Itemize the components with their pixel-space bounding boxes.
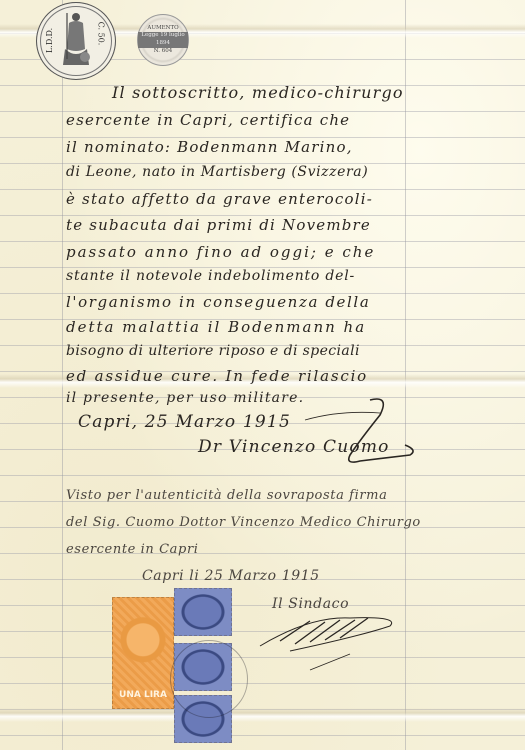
orange-revenue-stamp: UNA LIRA — [112, 597, 174, 709]
tax-stamp-line2: Legge 19 luglio 1894 — [138, 32, 188, 47]
body-line-4: di Leone, nato in Martisberg (Svizzera) — [66, 164, 368, 180]
certificate-page: L.D.D. C. 50. AUMENTO Legge 19 luglio 18… — [0, 0, 525, 750]
mayor-signature-icon — [250, 606, 410, 676]
auth-line-1: Visto per l'autenticità della sovraposta… — [66, 488, 387, 503]
body-line-7: passato anno fino ad oggi; e che — [66, 243, 375, 261]
seal-right-text: C. 50. — [97, 22, 106, 46]
cancellation-postmark — [170, 640, 248, 718]
embossed-seal-stamp: L.D.D. C. 50. — [36, 2, 116, 80]
orange-stamp-label: UNA LIRA — [113, 690, 173, 700]
body-line-2: esercente in Capri, certifica che — [66, 111, 350, 129]
body-line-10: detta malattia il Bodenmann ha — [66, 318, 366, 336]
body-line-5: è stato affetto da grave enterocoli- — [66, 190, 373, 208]
body-line-3: il nominato: Bodenmann Marino, — [66, 138, 353, 156]
body-line-12: ed assidue cure. In fede rilascio — [66, 367, 368, 385]
tax-stamp-line1: AUMENTO — [147, 25, 178, 33]
body-line-9: l'organismo in conseguenza della — [66, 293, 370, 311]
seal-left-text: L.D.D. — [45, 28, 54, 53]
tax-stamp-line3: N. 604 — [154, 48, 172, 56]
body-line-11: bisogno di ulteriore riposo e di special… — [66, 343, 360, 359]
fold-crease-bottom — [0, 708, 525, 722]
auth-date: Capri li 25 Marzo 1915 — [142, 568, 320, 584]
aumento-tax-stamp: AUMENTO Legge 19 luglio 1894 N. 604 — [137, 14, 189, 66]
blue-revenue-stamp-1 — [174, 588, 232, 636]
body-line-1: Il sottoscritto, medico-chirurgo — [112, 83, 404, 102]
body-line-6: te subacuta dai primi di Novembre — [66, 216, 371, 234]
italia-figure-icon — [59, 9, 93, 71]
auth-line-2: del Sig. Cuomo Dottor Vincenzo Medico Ch… — [66, 515, 421, 530]
body-line-13: il presente, per uso militare. — [66, 390, 304, 406]
auth-line-3: esercente in Capri — [66, 542, 199, 557]
place-date: Capri, 25 Marzo 1915 — [78, 412, 291, 432]
signature-flourish-icon — [300, 395, 420, 470]
body-line-8: stante il notevole indebolimento del- — [66, 268, 355, 284]
